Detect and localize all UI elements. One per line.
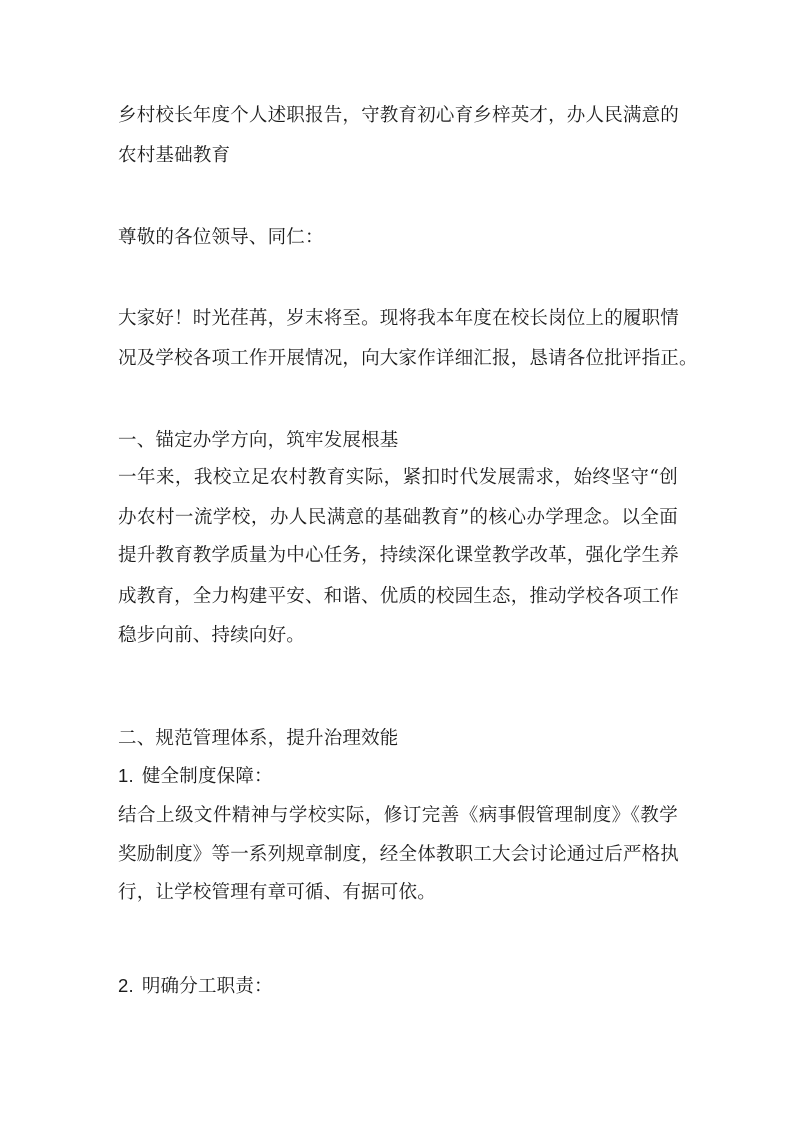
section-1-heading: 一、锚定办学方向，筑牢发展根基 (118, 429, 678, 453)
subsection-1-body-line-1: 结合上级文件精神与学校实际，修订完善《病事假管理制度》《教学 (118, 804, 678, 828)
intro-line-2: 况及学校各项工作开展情况，向大家作详细汇报，恳请各位批评指正。 (118, 347, 678, 371)
document-title-line-2: 农村基础教育 (118, 144, 678, 168)
subsection-1-body-line-3: 行，让学校管理有章可循、有据可依。 (118, 881, 678, 905)
subsection-1-heading: 1.健全制度保障： (118, 764, 678, 788)
section-1-body-line-4: 成教育，全力构建平安、和谐、优质的校园生态，推动学校各项工作 (118, 585, 678, 609)
subsection-2-number: 2. (118, 975, 134, 996)
subsection-2-title: 明确分工职责： (142, 976, 273, 997)
section-1-body-line-1: 一年来，我校立足农村教育实际，紧扣时代发展需求，始终坚守“创 (118, 466, 678, 490)
document-page: 乡村校长年度个人述职报告，守教育初心育乡梓英才，办人民满意的 农村基础教育 尊敬… (0, 0, 793, 1122)
subsection-1-number: 1. (118, 765, 134, 786)
section-1-body-line-5: 稳步向前、持续向好。 (118, 624, 678, 648)
section-1-body-line-3: 提升教育教学质量为中心任务，持续深化课堂教学改革，强化学生养 (118, 544, 678, 568)
subsection-1-title: 健全制度保障： (142, 766, 273, 787)
section-1-body-line-2: 办农村一流学校，办人民满意的基础教育”的核心办学理念。以全面 (118, 506, 678, 530)
intro-line-1: 大家好！时光荏苒，岁末将至。现将我本年度在校长岗位上的履职情 (118, 307, 678, 331)
subsection-2-heading: 2.明确分工职责： (118, 974, 678, 998)
salutation: 尊敬的各位领导、同仁： (118, 226, 678, 250)
subsection-1-body-line-2: 奖励制度》等一系列规章制度，经全体教职工大会讨论通过后严格执 (118, 843, 678, 867)
section-2-heading: 二、规范管理体系，提升治理效能 (118, 727, 678, 751)
document-title-line-1: 乡村校长年度个人述职报告，守教育初心育乡梓英才，办人民满意的 (118, 104, 678, 128)
